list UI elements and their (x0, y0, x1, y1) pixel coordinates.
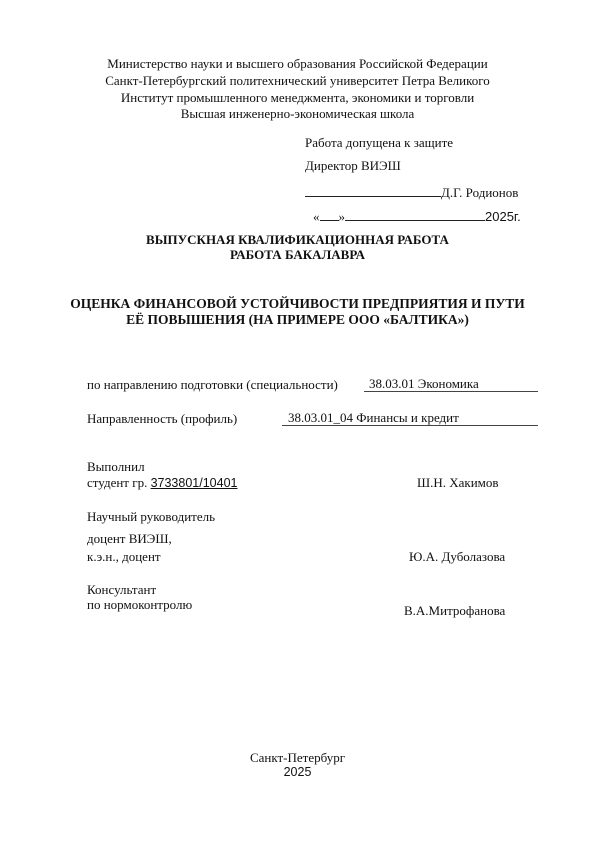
consultant-role: по нормоконтролю (87, 597, 192, 613)
student-label-completed: Выполнил (87, 459, 145, 475)
school-line: Высшая инженерно-экономическая школа (0, 106, 595, 122)
consultant-name: В.А.Митрофанова (404, 603, 505, 619)
footer-year: 2025 (0, 765, 595, 779)
day-blank (320, 206, 339, 221)
director-name: Д.Г. Родионов (441, 185, 518, 200)
ministry-line: Министерство науки и высшего образования… (0, 56, 595, 72)
title-line1: ОЦЕНКА ФИНАНСОВОЙ УСТОЙЧИВОСТИ ПРЕДПРИЯТ… (0, 296, 595, 312)
director-signature-row: Д.Г. Родионов (305, 182, 518, 201)
month-blank (345, 206, 485, 221)
director-position: Директор ВИЭШ (305, 158, 401, 174)
supervisor-position: доцент ВИЭШ, (87, 531, 172, 547)
student-label-group: студент гр. (87, 475, 147, 490)
student-group-row: студент гр. 3733801/10401 (87, 475, 237, 491)
supervisor-label: Научный руководитель (87, 509, 215, 525)
profile-label: Направленность (профиль) (87, 411, 237, 427)
institute-line: Институт промышленного менеджмента, экон… (0, 90, 595, 106)
title-line2: ЕЁ ПОВЫШЕНИЯ (НА ПРИМЕРЕ ООО «БАЛТИКА») (0, 312, 595, 328)
direction-label: по направлению подготовки (специальности… (87, 377, 338, 393)
signature-line (305, 182, 441, 197)
supervisor-name: Ю.А. Дуболазова (409, 549, 505, 565)
student-group-number: 3733801/10401 (151, 476, 238, 490)
consultant-label: Консультант (87, 582, 156, 598)
admitted-text: Работа допущена к защите (305, 135, 453, 151)
approval-date-row: «»2025г. (313, 206, 521, 225)
student-name: Ш.Н. Хакимов (417, 475, 499, 491)
profile-value: 38.03.01_04 Финансы и кредит (288, 410, 459, 426)
work-type-line1: ВЫПУСКНАЯ КВАЛИФИКАЦИОННАЯ РАБОТА (0, 232, 595, 248)
supervisor-degree: к.э.н., доцент (87, 549, 161, 565)
footer-city: Санкт-Петербург (0, 750, 595, 766)
approval-year: 2025г. (485, 209, 521, 224)
work-type-line2: РАБОТА БАКАЛАВРА (0, 247, 595, 263)
university-line: Санкт-Петербургский политехнический унив… (0, 73, 595, 89)
direction-value: 38.03.01 Экономика (369, 376, 479, 392)
